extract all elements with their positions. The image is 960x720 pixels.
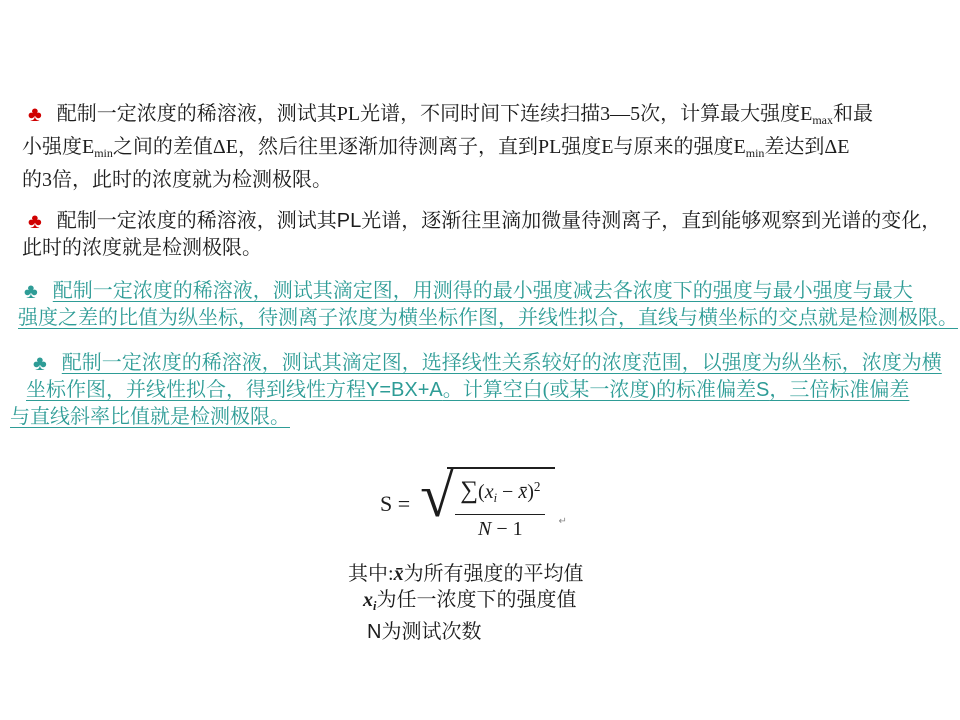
paragraph-text: 配制一定浓度的稀溶液，测试其PL光谱，逐渐往里滴加微量待测离子，直到能够观察到光… [57,210,941,232]
formula-variable-notes: 其中:x̄为所有强度的平均值 xi为任一浓度下的强度值 N为测试次数 [348,561,960,645]
note-line: xi为任一浓度下的强度值 [363,587,960,619]
paragraph-titration-ratio-method: ♣配制一定浓度的稀溶液，测试其滴定图，用测得的最小强度减去各浓度下的强度与最小强… [0,277,960,332]
formula-lhs: S = [380,491,410,517]
formula-fraction: ∑(xi − x̄)2 N − 1 [447,467,555,541]
paragraph-line: 与直线斜率比值就是检测极限。 [10,404,960,431]
square-root-expression: √ ∑(xi − x̄)2 N − 1 [420,467,555,541]
paragraph-line: ♣配制一定浓度的稀溶液，测试其PL光谱，逐渐往里滴加微量待测离子，直到能够观察到… [28,207,960,235]
paragraph-linear-fit-method: ♣配制一定浓度的稀溶液，测试其滴定图，选择线性关系较好的浓度范围，以强度为纵坐标… [0,349,960,431]
paragraph-line: 强度之差的比值为纵坐标，待测离子浓度为横坐标作图，并线性拟合，直线与横坐标的交点… [18,305,960,332]
club-bullet-icon: ♣ [33,350,47,377]
formula-denominator: N − 1 [478,515,523,541]
paragraph-line: 的3倍，此时的浓度就为检测极限。 [22,167,960,194]
paragraph-line: 小强度Emin之间的差值ΔE，然后往里逐渐加待测离子，直到PL强度E与原来的强度… [22,134,960,167]
paragraph-detection-limit-drop: ♣配制一定浓度的稀溶液，测试其PL光谱，逐渐往里滴加微量待测离子，直到能够观察到… [0,207,960,262]
slide: ♣配制一定浓度的稀溶液，测试其PL光谱，不同时间下连续扫描3—5次，计算最大强度… [0,0,960,720]
paragraph-line: ♣配制一定浓度的稀溶液，测试其滴定图，用测得的最小强度减去各浓度下的强度与最小强… [24,277,960,305]
slide-content: ♣配制一定浓度的稀溶液，测试其PL光谱，不同时间下连续扫描3—5次，计算最大强度… [0,0,960,645]
club-bullet-icon: ♣ [28,208,42,235]
std-deviation-formula: S = √ ∑(xi − x̄)2 N − 1 ↵ [380,467,960,541]
paragraph-line: ♣配制一定浓度的稀溶液，测试其PL光谱，不同时间下连续扫描3—5次，计算最大强度… [28,100,960,134]
club-bullet-icon: ♣ [24,278,38,305]
paragraph-detection-limit-scan: ♣配制一定浓度的稀溶液，测试其PL光谱，不同时间下连续扫描3—5次，计算最大强度… [0,100,960,194]
paragraph-line: 此时的浓度就是检测极限。 [22,235,960,262]
paragraph-text: 配制一定浓度的稀溶液，测试其滴定图，选择线性关系较好的浓度范围，以强度为纵坐标，… [62,352,942,374]
club-bullet-icon: ♣ [28,101,42,128]
note-line: 其中:x̄为所有强度的平均值 [348,561,960,587]
paragraph-text: 配制一定浓度的稀溶液，测试其PL光谱，不同时间下连续扫描3—5次，计算最大强度E… [57,103,873,125]
formula-numerator: ∑(xi − x̄)2 [455,474,545,515]
note-line: N为测试次数 [367,619,960,645]
paragraph-line: 坐标作图，并线性拟合，得到线性方程Y=BX+A。计算空白(或某一浓度)的标准偏差… [26,377,960,404]
formula-trailing-mark: ↵ [558,516,566,527]
paragraph-line: ♣配制一定浓度的稀溶液，测试其滴定图，选择线性关系较好的浓度范围，以强度为纵坐标… [33,349,960,377]
paragraph-text: 配制一定浓度的稀溶液，测试其滴定图，用测得的最小强度减去各浓度下的强度与最小强度… [53,280,913,302]
